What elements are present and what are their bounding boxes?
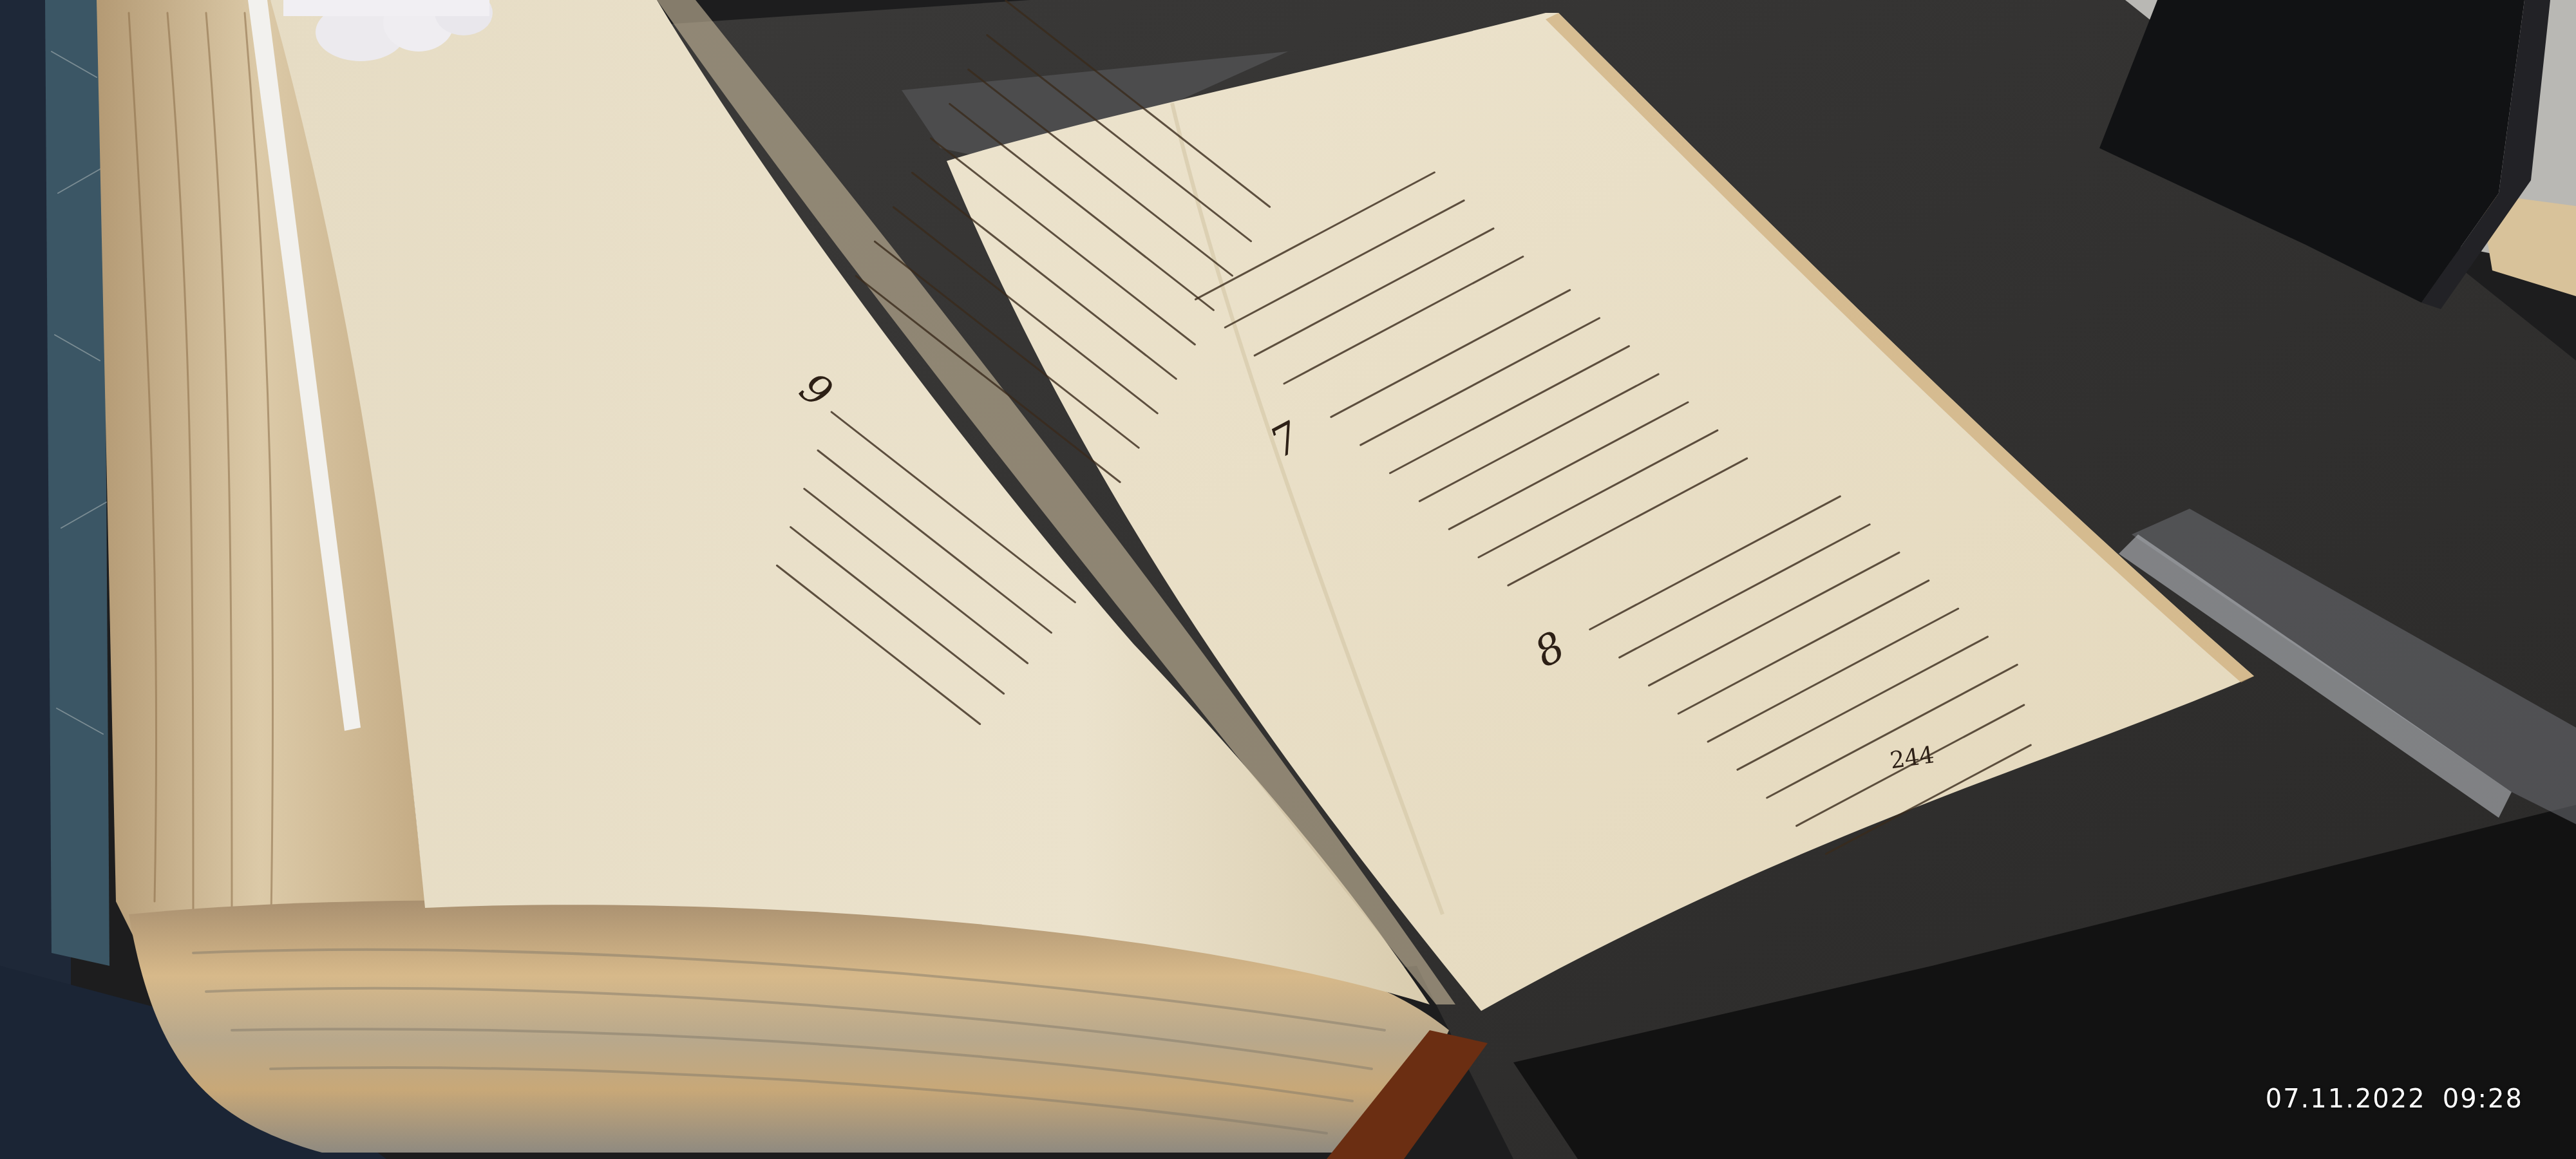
timestamp-date: 07.11.2022 bbox=[2266, 1084, 2426, 1114]
timestamp-time: 09:28 bbox=[2443, 1084, 2523, 1114]
photo-scene: 9 7 8 244 bbox=[0, 0, 2576, 1159]
camera-timestamp: 07.11.202209:28 bbox=[2266, 1084, 2523, 1114]
